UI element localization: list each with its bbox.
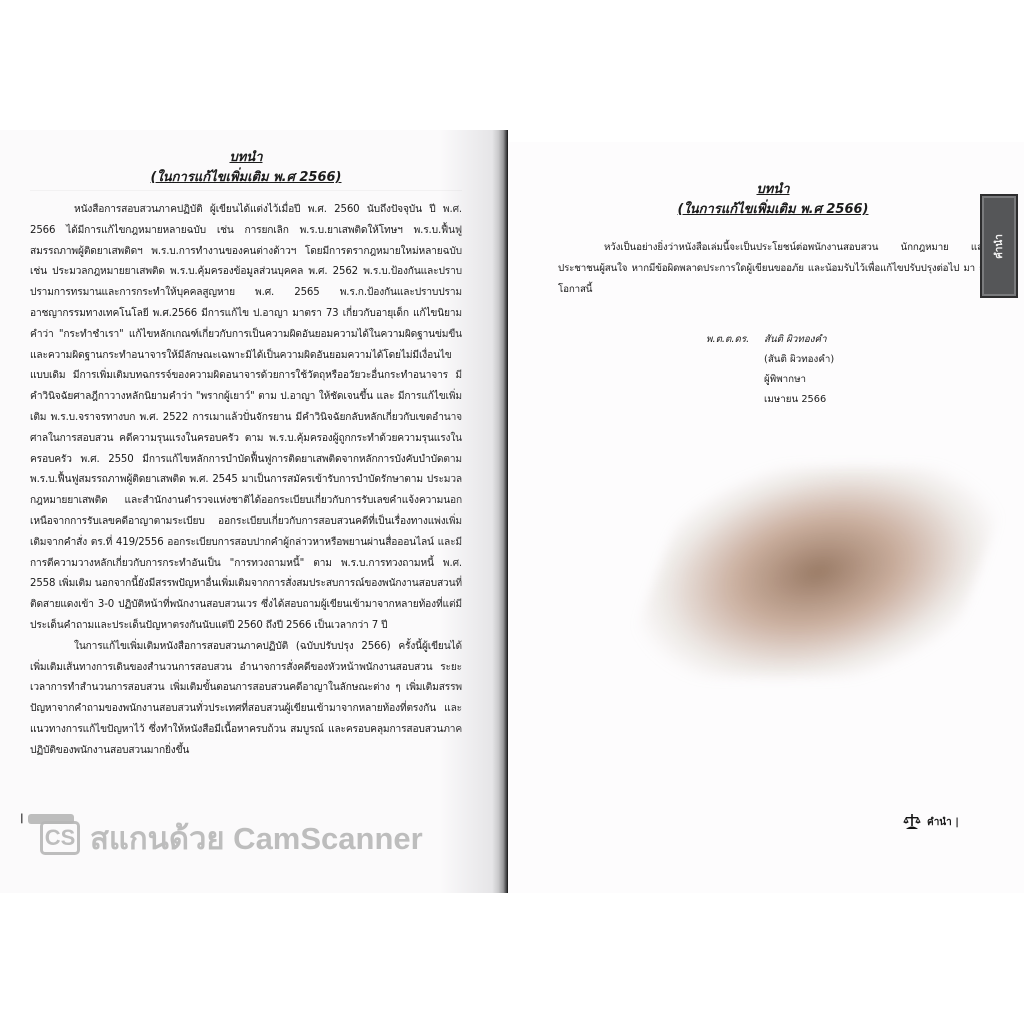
- page-title: บทนำ: [30, 148, 462, 168]
- paragraph: ในการแก้ไขเพิ่มเติมหนังสือการสอบสวนภาคปฏ…: [30, 637, 462, 762]
- signature-block: พ.ต.ต.ดร. สันติ ผิวทองคำ (สันติ ผิวทองคำ…: [706, 330, 834, 410]
- signature-date: เมษายน 2566: [706, 390, 834, 410]
- book-gutter: [492, 130, 508, 893]
- left-page: บทนำ (ในการแก้ไขเพิ่มเติม พ.ศ 2566) หนัง…: [0, 130, 492, 893]
- chapter-side-tab: คำนำ: [980, 194, 1018, 298]
- page-footer: คำนำ |: [903, 814, 959, 830]
- signer-name: (สันติ ผิวทองคำ): [706, 350, 834, 370]
- page-subtitle: (ในการแก้ไขเพิ่มเติม พ.ศ 2566): [558, 200, 988, 220]
- camscanner-watermark: CS สแกนด้วย CamScanner: [40, 813, 423, 863]
- scales-of-justice-icon: [903, 814, 921, 830]
- page-title: บทนำ: [558, 180, 988, 200]
- camscanner-logo-icon: CS: [40, 821, 80, 855]
- signer-rank: พ.ต.ต.ดร.: [706, 330, 764, 350]
- right-page: บทนำ (ในการแก้ไขเพิ่มเติม พ.ศ 2566) หวัง…: [508, 142, 1024, 893]
- paragraph: หวังเป็นอย่างยิ่งว่าหนังสือเล่มนี้จะเป็น…: [558, 238, 988, 300]
- signer-signature: สันติ ผิวทองคำ: [764, 330, 827, 350]
- watermark-text: สแกนด้วย CamScanner: [90, 813, 423, 863]
- footer-page-label: คำนำ |: [927, 815, 959, 830]
- signer-role: ผู้พิพากษา: [706, 370, 834, 390]
- book-spread: บทนำ (ในการแก้ไขเพิ่มเติม พ.ศ 2566) หนัง…: [0, 130, 1024, 893]
- scan-smudge: [620, 467, 1016, 677]
- paragraph: หนังสือการสอบสวนภาคปฏิบัติ ผู้เขียนได้แต…: [30, 200, 462, 637]
- right-page-content: บทนำ (ในการแก้ไขเพิ่มเติม พ.ศ 2566) หวัง…: [558, 180, 988, 300]
- page-subtitle: (ในการแก้ไขเพิ่มเติม พ.ศ 2566): [30, 168, 462, 188]
- left-page-content: บทนำ (ในการแก้ไขเพิ่มเติม พ.ศ 2566) หนัง…: [30, 148, 462, 762]
